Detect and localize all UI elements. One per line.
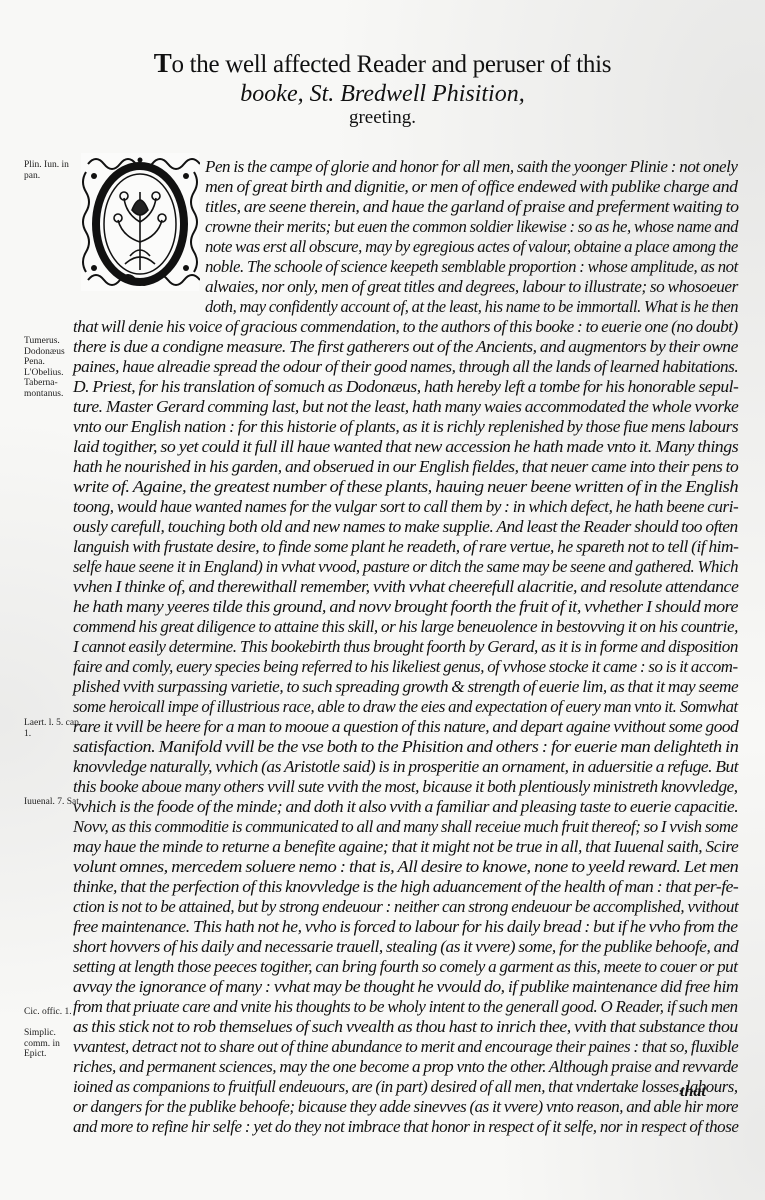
- decorated-initial-o-icon: [80, 152, 200, 292]
- page-subtitle: booke, St. Bredwell Phisition,: [0, 80, 765, 108]
- text-line: languish with frustate desire, to finde …: [73, 537, 738, 557]
- text-line: satisfaction. Manifold vvill be the vse …: [73, 737, 738, 757]
- text-line: Novv, as this commoditie is communicated…: [73, 817, 738, 837]
- text-line: laid togither, so yet could it full ill …: [73, 437, 738, 457]
- text-line: or dangers for the publike behoofe; bica…: [73, 1097, 738, 1117]
- text-line: noble. The schoole of science keepeth se…: [205, 257, 738, 277]
- text-line: from that priuate care and vnite his tho…: [73, 997, 738, 1017]
- text-line: vvantest, detract not to share out of th…: [73, 1037, 738, 1057]
- text-line: knovvledge naturally, vvhich (as Aristot…: [73, 757, 738, 777]
- text-line: he hath many yeeres tilde this ground, a…: [73, 597, 738, 617]
- page-title: To the well affected Reader and peruser …: [0, 48, 765, 80]
- text-line: vvhich is the foode of the minde; and do…: [73, 797, 738, 817]
- text-line: vvhen I thinke of, and therewithall reme…: [73, 577, 738, 597]
- text-line: free maintenance. This hath not he, vvho…: [73, 917, 738, 937]
- text-line: men of great birth and dignitie, or men …: [205, 177, 737, 197]
- text-line: commend his great diligence to attaine t…: [73, 617, 738, 637]
- text-line: ture. Master Gerard comming last, but no…: [73, 397, 738, 417]
- text-line: short hovvers of his daily and necessari…: [73, 937, 738, 957]
- text-line: selfe haue seene it in England) in vvhat…: [73, 557, 738, 577]
- title-initial-2: o: [171, 51, 183, 78]
- title-initial: T: [154, 48, 172, 78]
- text-line: ioined as companions to fruitfull endeuo…: [73, 1077, 738, 1097]
- text-line: there is due a condigne measure. The fir…: [73, 337, 738, 357]
- text-line: as this stick not to rob themselues of s…: [73, 1017, 738, 1037]
- text-line: doth, may confidently account of, at the…: [205, 297, 738, 317]
- text-line: plished vvith surpassing varietie, to su…: [73, 677, 738, 697]
- page-greeting: greeting.: [0, 106, 765, 130]
- text-line: I cannot easily determine. This bookebir…: [73, 637, 738, 657]
- text-line: D. Priest, for his translation of somuch…: [73, 377, 738, 397]
- text-line: faire and comly, euery species being ref…: [73, 657, 738, 677]
- margin-note-plinie: Plin. Iun. in pan.: [24, 160, 84, 181]
- text-line: paines, haue alreadie spread the odour o…: [73, 357, 738, 377]
- catchword: that: [680, 1083, 706, 1101]
- book-page: To the well affected Reader and peruser …: [0, 0, 765, 1200]
- text-line: avvay the ignorance of many : vvhat may …: [73, 977, 738, 997]
- text-line: riches, and permanent sciences, may the …: [73, 1057, 738, 1077]
- text-line: ously carefull, touching both old and ne…: [73, 517, 738, 537]
- text-line: Pen is the campe of glorie and honor for…: [205, 157, 738, 177]
- text-line: thinke, that the perfection of this knov…: [73, 877, 738, 897]
- text-line: vnto our English nation : for this histo…: [73, 417, 738, 437]
- text-line: write of. Againe, the greatest number of…: [73, 477, 738, 497]
- text-line: setting at length those peeces togither,…: [73, 957, 737, 977]
- text-line: some heroicall impe of illustrious race,…: [73, 697, 738, 717]
- title-text: the well affected Reader and peruser of …: [184, 51, 612, 78]
- text-line: rare it vvill be heere for a man to moou…: [73, 717, 738, 737]
- text-line: toong, would haue wanted names for the v…: [73, 497, 738, 517]
- text-line: and more to refine hir selfe : yet do th…: [73, 1117, 738, 1137]
- text-line: alwaies, nor only, men of great titles a…: [205, 277, 738, 297]
- text-line: titles, are seene therein, and haue the …: [205, 197, 738, 217]
- text-line: note was erst all obscure, may by egregi…: [205, 237, 738, 257]
- text-line: volunt omnes, mercedem soluere nemo : th…: [73, 857, 738, 877]
- text-line: crowne their merits; but euen the common…: [205, 217, 738, 237]
- text-line: this booke aboue many others vvill sute …: [73, 777, 738, 797]
- text-line: may haue the minde to returne a benefite…: [73, 837, 738, 857]
- text-line: ction is not to be attained, but by stro…: [73, 897, 738, 917]
- text-line: that will denie his voice of gracious co…: [73, 317, 738, 337]
- text-line: hath he nourished in his garden, and obs…: [73, 457, 738, 477]
